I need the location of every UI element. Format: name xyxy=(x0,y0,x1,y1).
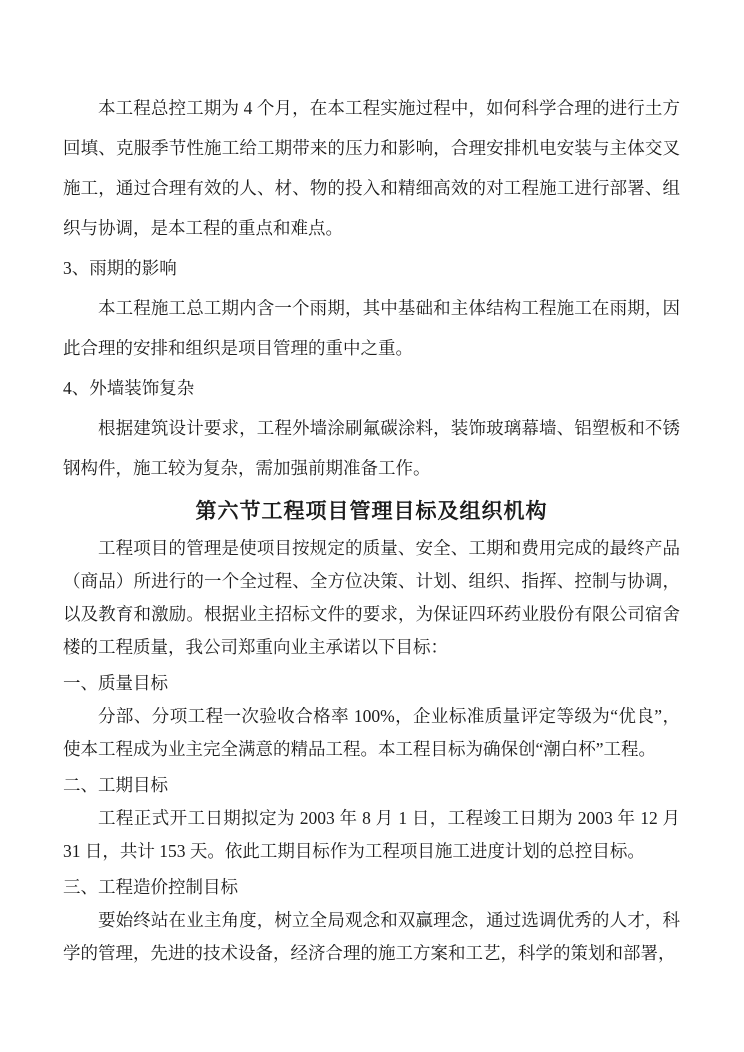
paragraph-cost-control-target: 要始终站在业主角度，树立全局观念和双赢理念，通过选调优秀的人才，科学的管理，先进… xyxy=(63,904,680,970)
document-page: 本工程总控工期为 4 个月，在本工程实施过程中，如何科学合理的进行土方回填、克服… xyxy=(0,0,744,1052)
heading-rainy-season: 3、雨期的影响 xyxy=(63,248,680,288)
subheading-quality-target: 一、质量目标 xyxy=(63,667,680,700)
paragraph-facade-decoration: 根据建筑设计要求，工程外墙涂刷氟碳涂料，装饰玻璃幕墙、铝塑板和不锈钢构件，施工较… xyxy=(63,408,680,488)
section-title-chapter6: 第六节工程项目管理目标及组织机构 xyxy=(63,488,680,532)
subheading-cost-control-target: 三、工程造价控制目标 xyxy=(63,871,680,904)
paragraph-rainy-season: 本工程施工总工期内含一个雨期，其中基础和主体结构工程施工在雨期，因此合理的安排和… xyxy=(63,288,680,368)
paragraph-schedule-difficulty: 本工程总控工期为 4 个月，在本工程实施过程中，如何科学合理的进行土方回填、克服… xyxy=(63,88,680,248)
paragraph-quality-target: 分部、分项工程一次验收合格率 100%，企业标准质量评定等级为“优良”，使本工程… xyxy=(63,700,680,766)
subheading-schedule-target: 二、工期目标 xyxy=(63,769,680,802)
paragraph-schedule-target: 工程正式开工日期拟定为 2003 年 8 月 1 日，工程竣工日期为 2003 … xyxy=(63,802,680,868)
document-content: 本工程总控工期为 4 个月，在本工程实施过程中，如何科学合理的进行土方回填、克服… xyxy=(63,88,680,970)
heading-facade-decoration: 4、外墙装饰复杂 xyxy=(63,368,680,408)
paragraph-management-overview: 工程项目的管理是使项目按规定的质量、安全、工期和费用完成的最终产品（商品）所进行… xyxy=(63,532,680,664)
